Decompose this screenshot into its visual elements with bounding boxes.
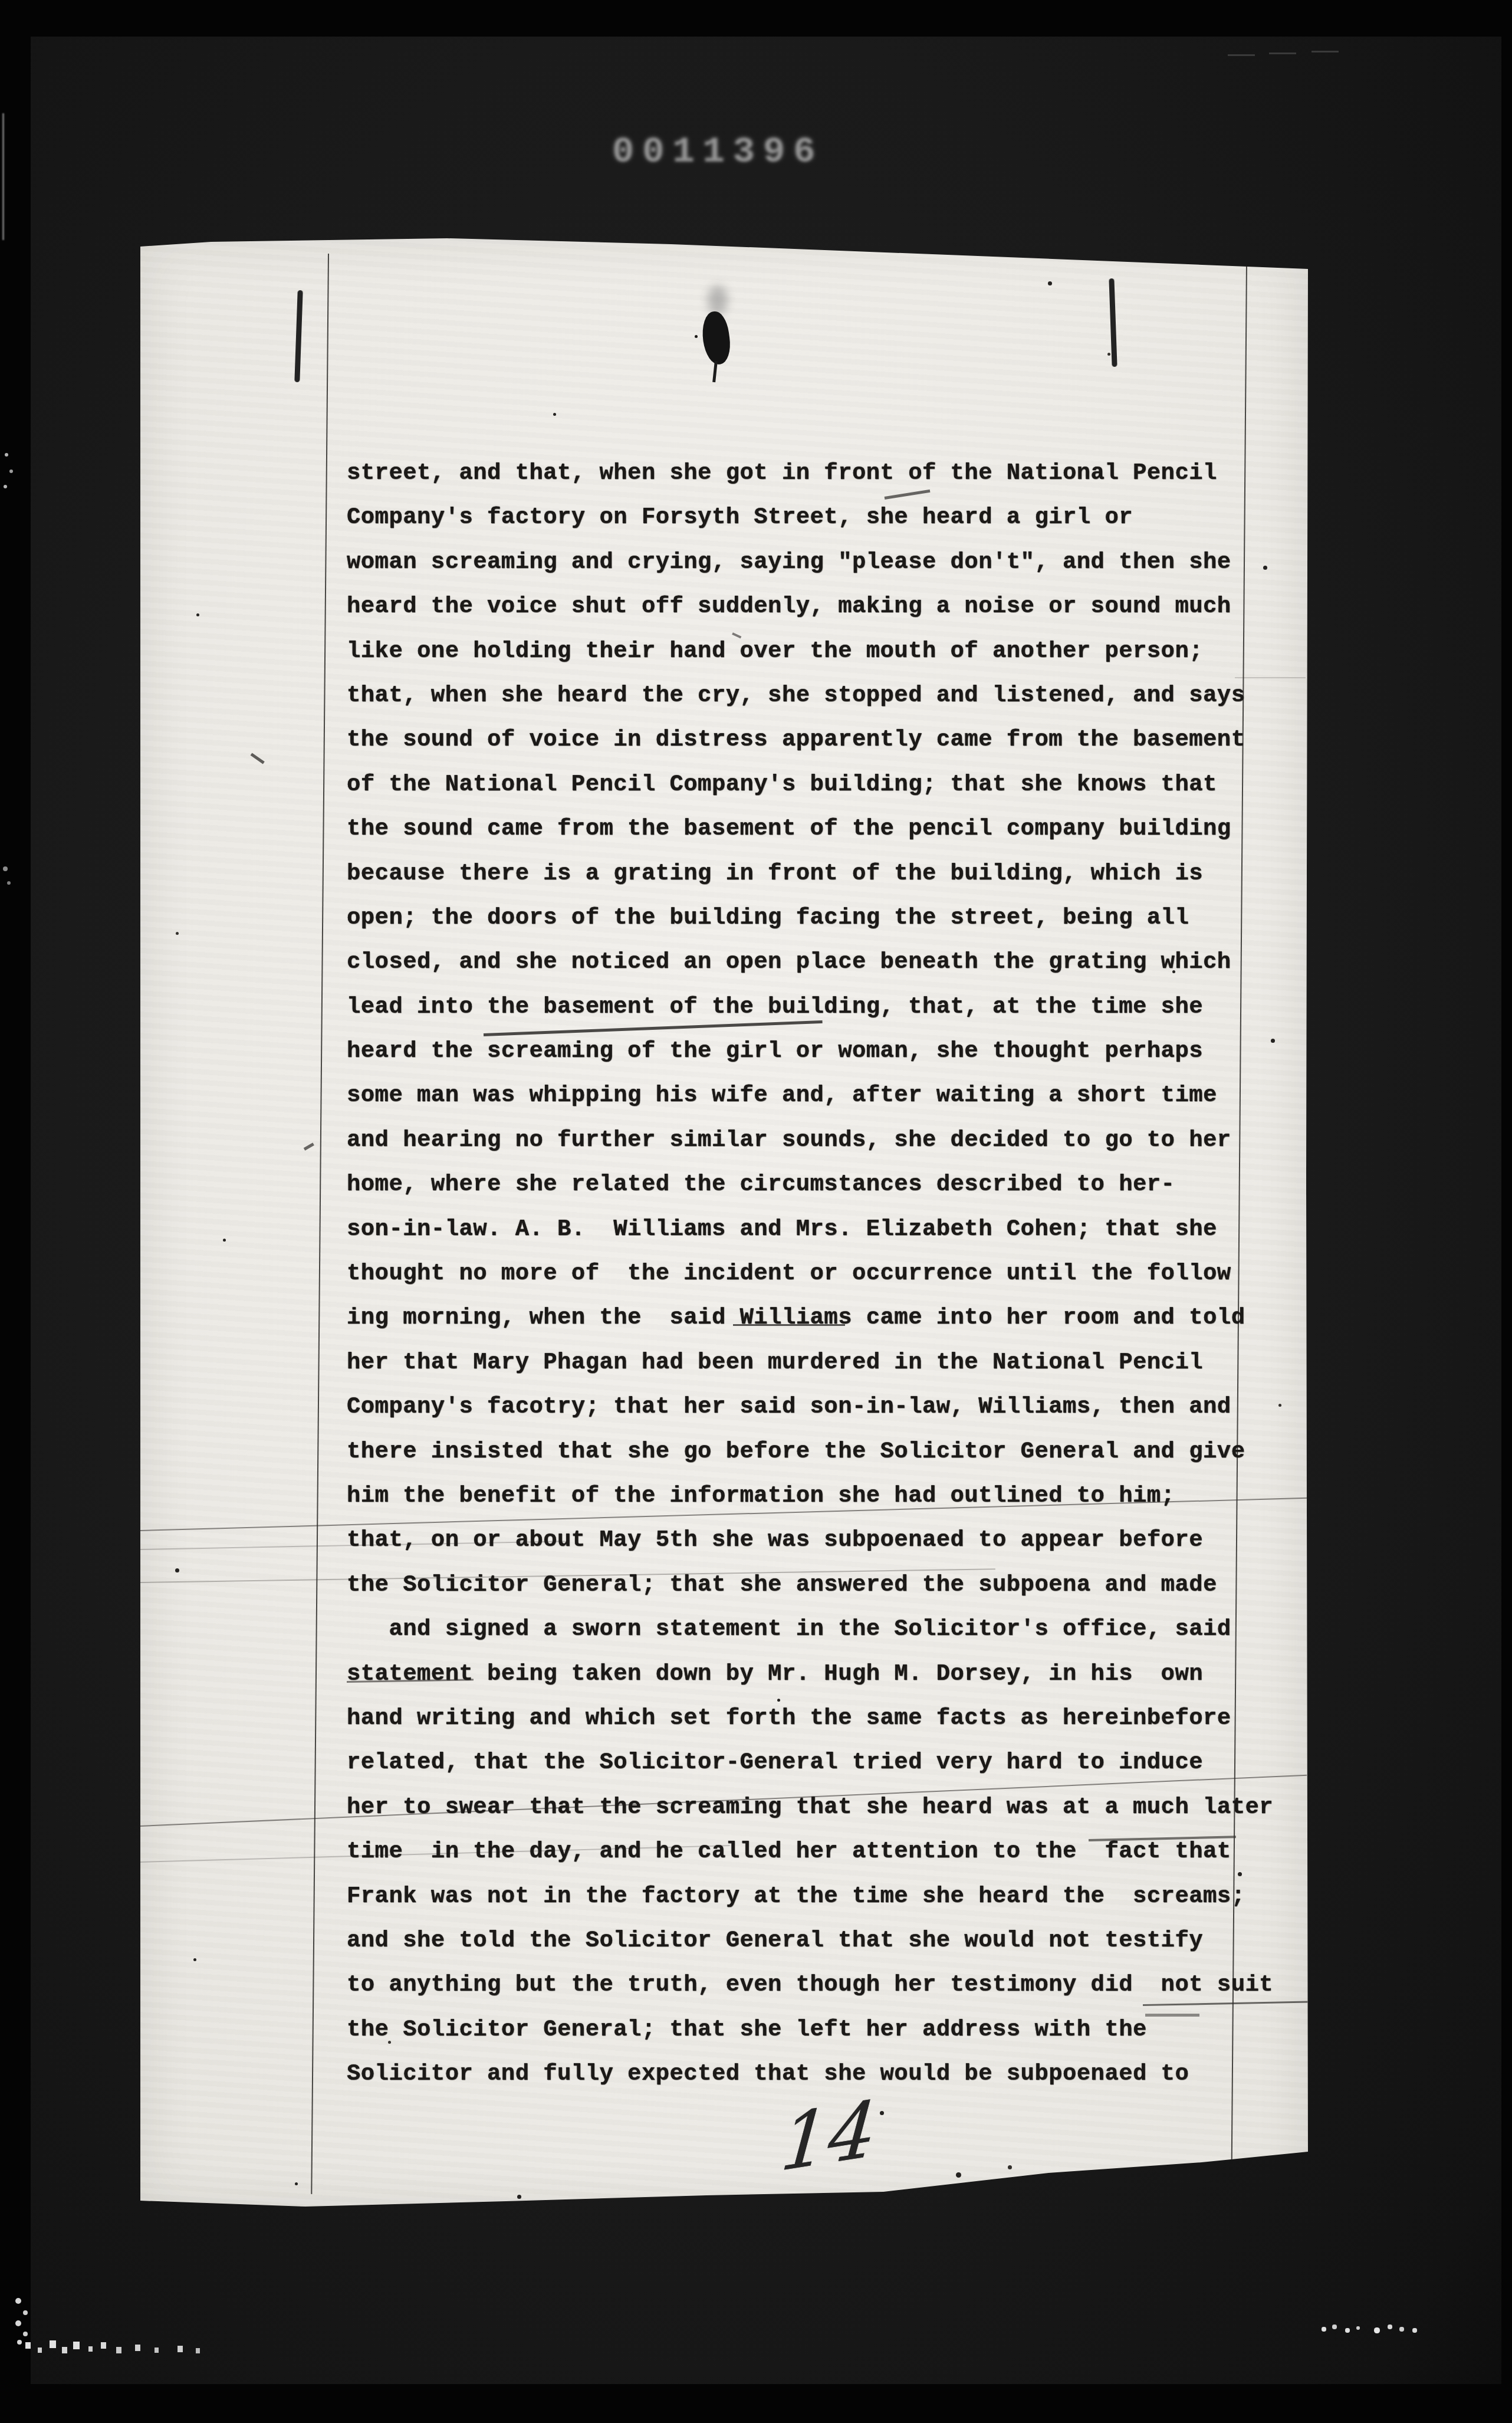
text-line: him the benefit of the information she h…: [347, 1474, 1273, 1518]
text-line: the Solicitor General; that she left her…: [347, 2008, 1273, 2052]
text-line: statement being taken down by Mr. Hugh M…: [347, 1652, 1273, 1696]
film-edge-top: [0, 0, 1512, 37]
text-line: lead into the basement of the building, …: [347, 985, 1273, 1029]
text-line: Company's facotry; that her said son-in-…: [347, 1385, 1273, 1429]
text-line: her to swear that the screaming that she…: [347, 1785, 1273, 1830]
text-line: her that Mary Phagan had been murdered i…: [347, 1341, 1273, 1385]
text-line: time in the day, and he called her atten…: [347, 1830, 1273, 1874]
text-line: hand writing and which set forth the sam…: [347, 1696, 1273, 1741]
text-line: Frank was not in the factory at the time…: [347, 1874, 1273, 1919]
text-line: because there is a grating in front of t…: [347, 852, 1273, 896]
text-line: and signed a sworn statement in the Soli…: [347, 1607, 1273, 1652]
text-line: that, on or about May 5th she was subpoe…: [347, 1518, 1273, 1562]
film-scratch: [2, 113, 4, 240]
pencil-tick: [251, 753, 265, 764]
text-line: son-in-law. A. B. Williams and Mrs. Eliz…: [347, 1207, 1273, 1252]
film-artifacts-top-right: [1228, 54, 1255, 56]
text-line: related, that the Solicitor-General trie…: [347, 1741, 1273, 1785]
typewritten-text: street, and that, when she got in front …: [347, 451, 1273, 2096]
film-artifacts-bottom-right: [0, 0, 4, 4]
ink-blob-tail: [712, 361, 718, 382]
pencil-tick: [304, 1142, 314, 1150]
text-line: Solicitor and fully expected that she wo…: [347, 2052, 1273, 2096]
left-margin-rule: [311, 254, 329, 2194]
text-line: ing morning, when the said Williams came…: [347, 1296, 1273, 1340]
text-line: woman screaming and crying, saying "plea…: [347, 540, 1273, 585]
text-line: some man was whipping his wife and, afte…: [347, 1073, 1273, 1118]
text-line: open; the doors of the building facing t…: [347, 896, 1273, 940]
microfilm-frame: 0011396 street, and that, when she got i…: [0, 0, 1512, 2423]
document-page: street, and that, when she got in front …: [140, 236, 1308, 2209]
dust-specks: [140, 236, 143, 239]
text-line: heard the voice shut off suddenly, makin…: [347, 585, 1273, 629]
text-line: there insisted that she go before the So…: [347, 1430, 1273, 1474]
text-line: home, where she related the circumstance…: [347, 1163, 1273, 1207]
ink-blob: [699, 310, 733, 366]
text-line: closed, and she noticed an open place be…: [347, 940, 1273, 984]
text-line: like one holding their hand over the mou…: [347, 629, 1273, 674]
text-line: the Solicitor General; that she answered…: [347, 1563, 1273, 1607]
text-line: thought no more of the incident or occur…: [347, 1252, 1273, 1296]
text-line: street, and that, when she got in front …: [347, 451, 1273, 495]
text-line: that, when she heard the cry, she stoppe…: [347, 674, 1273, 718]
text-line: the sound of voice in distress apparentl…: [347, 718, 1273, 762]
text-line: and hearing no further similar sounds, s…: [347, 1118, 1273, 1163]
film-edge-left: [0, 0, 31, 2423]
text-line: Company's factory on Forsyth Street, she…: [347, 495, 1273, 540]
text-line: and she told the Solicitor General that …: [347, 1919, 1273, 1963]
pen-stroke-left: [294, 290, 303, 382]
pen-stroke-right: [1109, 278, 1117, 367]
text-line: the sound came from the basement of the …: [347, 807, 1273, 851]
text-line: of the National Pencil Company's buildin…: [347, 763, 1273, 807]
handwritten-page-number: 14: [777, 2084, 880, 2189]
serial-number-stamp: 0011396: [612, 131, 823, 173]
film-edge-right: [1501, 0, 1512, 2423]
text-line: heard the screaming of the girl or woman…: [347, 1029, 1273, 1073]
text-line: to anything but the truth, even though h…: [347, 1963, 1273, 2007]
ink-smudge: [708, 285, 728, 315]
film-edge-bottom: [0, 2384, 1512, 2423]
